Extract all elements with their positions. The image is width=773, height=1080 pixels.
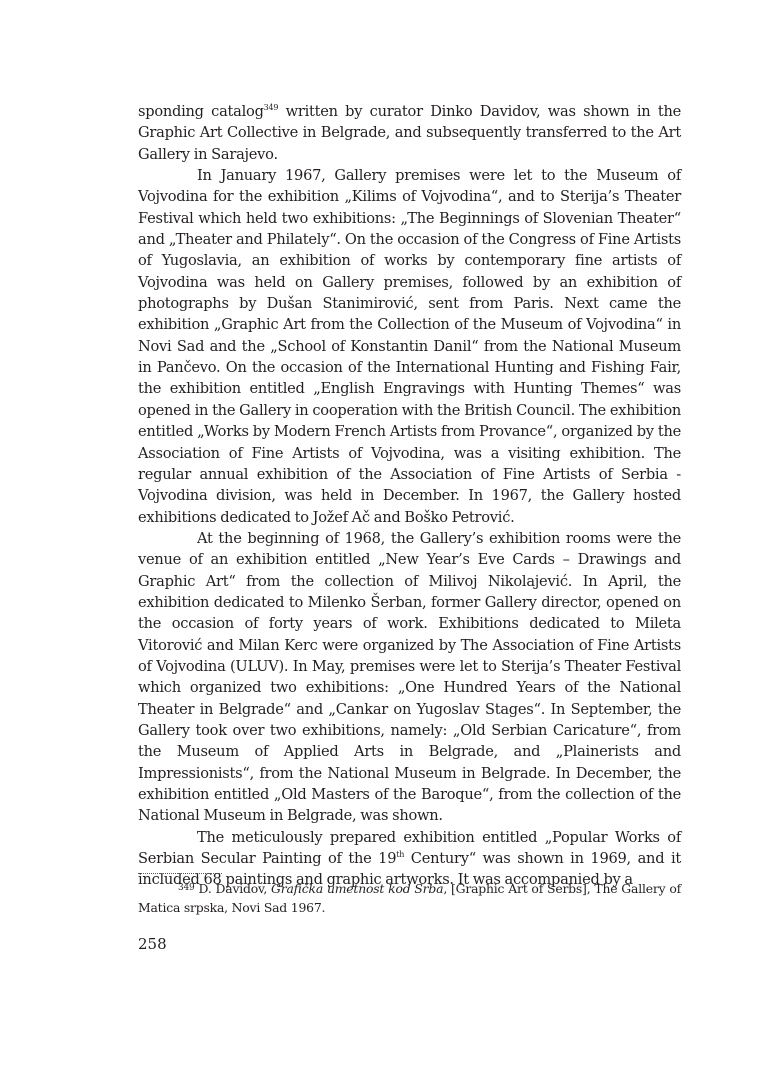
footnote-text-before: D. Davidov, <box>195 881 271 896</box>
paragraph: At the beginning of 1968, the Gallery’s … <box>138 528 681 827</box>
superscript: th <box>396 850 404 859</box>
footnote-separator <box>138 873 222 874</box>
footnote-number: 349 <box>178 883 195 893</box>
text-run: In January 1967, Gallery premises were l… <box>138 167 681 526</box>
footnote: 349 D. Davidov, Grafička umetnost kod Sr… <box>138 879 681 917</box>
footnote-title: Grafička umetnost kod Srba <box>271 881 443 896</box>
text-run: At the beginning of 1968, the Gallery’s … <box>138 530 681 824</box>
page-number: 258 <box>138 935 167 953</box>
footnote-349: 349 D. Davidov, Grafička umetnost kod Sr… <box>138 879 681 917</box>
page-body: sponding catalog349 written by curator D… <box>138 101 681 891</box>
paragraph: sponding catalog349 written by curator D… <box>138 101 681 165</box>
text-run: sponding catalog <box>138 103 264 120</box>
paragraph: In January 1967, Gallery premises were l… <box>138 165 681 528</box>
superscript: 349 <box>264 103 279 112</box>
body-text: sponding catalog349 written by curator D… <box>138 101 681 891</box>
